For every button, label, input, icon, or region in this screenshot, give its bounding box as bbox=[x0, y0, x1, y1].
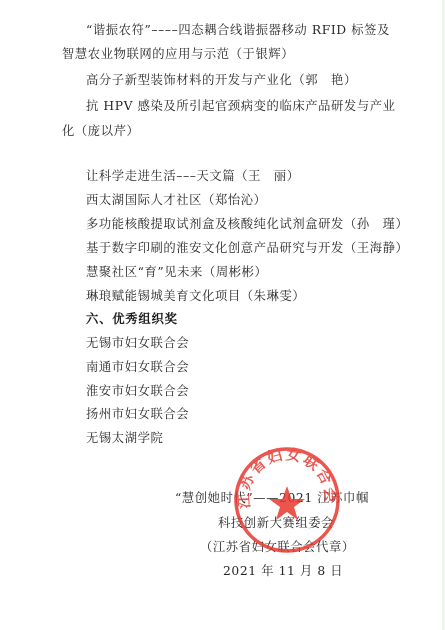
award-entry: 高分子新型装饰材料的开发与产业化（郭 艳） bbox=[86, 72, 357, 88]
organization-item: 扬州市妇女联合会 bbox=[86, 406, 189, 422]
document-page: “谐振农符”––––四态耦合线谐振器移动 RFID 标签及 智慧农业物联网的应用… bbox=[0, 0, 445, 630]
award-entry-continued: 智慧农业物联网的应用与示范（于银辉） bbox=[62, 46, 294, 62]
award-entry: 西太湖国际人才社区（郑怡沁） bbox=[86, 192, 267, 208]
award-entry: 让科学走进生活–––天文篇（王 丽） bbox=[86, 168, 300, 184]
official-seal-icon: 江苏省妇女联合会 bbox=[233, 446, 341, 554]
section-heading: 六、优秀组织奖 bbox=[86, 311, 178, 327]
award-entry: 基于数字印刷的淮安文化创意产品研究与开发（王海静） bbox=[86, 240, 408, 256]
award-entry: 抗 HPV 感染及所引起官颈病变的临床产品研发与产业 bbox=[86, 98, 396, 114]
award-entry: 琳琅赋能锡城美育文化项目（朱琳雯） bbox=[86, 288, 305, 304]
organization-item: 南通市妇女联合会 bbox=[86, 359, 189, 375]
organization-item: 无锡太湖学院 bbox=[86, 430, 163, 446]
organization-item: 无锡市妇女联合会 bbox=[86, 335, 189, 351]
signature-date: 2021 年 11 月 8 日 bbox=[223, 563, 343, 579]
award-entry: “谐振农符”––––四态耦合线谐振器移动 RFID 标签及 bbox=[86, 22, 390, 38]
award-entry: 慧聚社区“育”见未来（周彬彬） bbox=[86, 264, 267, 280]
award-entry: 多功能核酸提取试剂盒及核酸纯化试剂盒研发（孙 瑾） bbox=[86, 216, 408, 232]
award-entry-continued: 化（庞以芹） bbox=[62, 123, 139, 139]
organization-item: 淮安市妇女联合会 bbox=[86, 383, 189, 399]
